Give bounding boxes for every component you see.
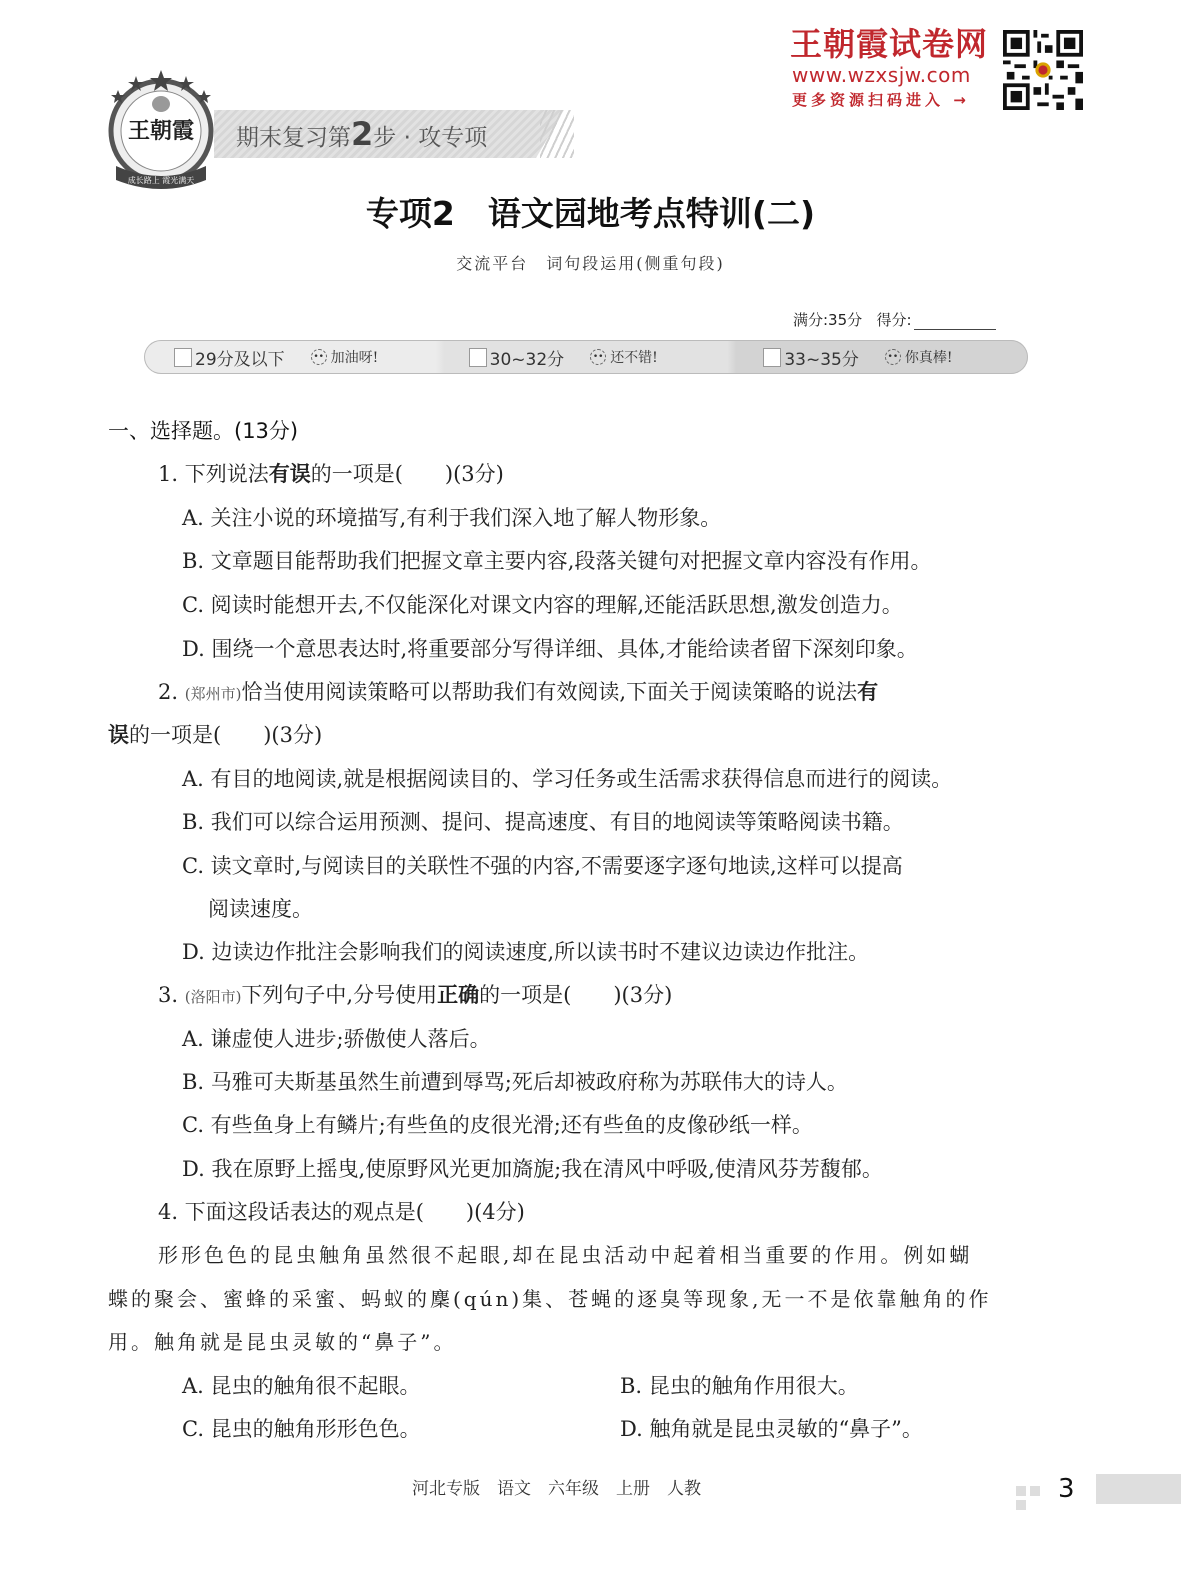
rating-low-range: 29分及以下	[195, 345, 285, 370]
score-input-line[interactable]	[914, 315, 996, 330]
edition-footer: 河北专版 语文 六年级 上册 人教	[412, 1476, 701, 1502]
brand-tagline: 更多资源扫码进入 →	[792, 90, 970, 110]
question-4-stem: 4. 下面这段话表达的观点是( )(4分)	[158, 1197, 525, 1227]
rating-mid-range: 30~32分	[490, 345, 565, 370]
svg-text:成长路上 霞光满天: 成长路上 霞光满天	[128, 175, 195, 185]
question-2-stem: 2. (郑州市)恰当使用阅读策略可以帮助我们有效阅读,下面关于阅读策略的说法有	[158, 677, 878, 709]
q3-emph: 正确	[437, 982, 479, 1007]
q1-emph: 有误	[269, 461, 311, 486]
q2-option-c: C. 读文章时,与阅读目的关联性不强的内容,不需要逐字逐句地读,这样可以提高	[182, 851, 903, 881]
q1-option-d: D. 围绕一个意思表达时,将重要部分写得详细、具体,才能给读者留下深刻印象。	[182, 634, 918, 664]
question-1-stem: 1. 下列说法有误的一项是( )(3分)	[158, 459, 504, 489]
banner-text: 期末复习第2步 · 攻专项	[236, 114, 487, 158]
q2-source: (郑州市)	[185, 685, 242, 703]
question-2-stem-cont: 误的一项是( )(3分)	[108, 720, 322, 750]
q1-option-b: B. 文章题目能帮助我们把握文章主要内容,段落关键句对把握文章内容没有作用。	[182, 546, 931, 576]
q2-num: 2.	[158, 680, 185, 704]
rating-low-cheer: 加油呀!	[331, 347, 379, 367]
q2-option-d: D. 边读边作批注会影响我们的阅读速度,所以读书时不建议边读边作批注。	[182, 937, 869, 967]
q4-passage-line-1: 形形色色的昆虫触角虽然很不起眼,却在昆虫活动中起着相当重要的作用。例如蝴	[158, 1240, 972, 1270]
q2-post: 的一项是( )(3分)	[129, 723, 322, 747]
q1-option-c: C. 阅读时能想开去,不仅能深化对课文内容的理解,还能活跃思想,激发创造力。	[182, 590, 903, 620]
page-deco	[1030, 1486, 1040, 1496]
svg-text:王朝霞: 王朝霞	[128, 118, 194, 144]
q4-passage-line-2: 蝶的聚会、蜜蜂的采蜜、蚂蚁的麇(qún)集、苍蝇的逐臭等现象,无一不是依靠触角的…	[108, 1284, 992, 1314]
brand-tagline-text: 更多资源扫码进入	[792, 91, 944, 109]
banner-prefix: 期末复习第	[236, 125, 351, 151]
q3-option-d: D. 我在原野上摇曳,使原野风光更加旖旎;我在清风中呼吸,使清风芬芳馥郁。	[182, 1154, 883, 1184]
rating-high-range: 33~35分	[784, 345, 859, 370]
q3-num: 3.	[158, 983, 185, 1007]
page-number: 3	[1058, 1472, 1075, 1506]
q3-post: 的一项是( )(3分)	[479, 983, 672, 1007]
rating-low-checkbox[interactable]	[174, 348, 192, 367]
q2-option-a: A. 有目的地阅读,就是根据阅读目的、学习任务或生活需求获得信息而进行的阅读。	[182, 764, 952, 794]
q4-option-d: D. 触角就是昆虫灵敏的“鼻子”。	[620, 1414, 923, 1444]
q2-option-c-cont: 阅读速度。	[208, 894, 313, 924]
face-icon: ••	[885, 349, 901, 365]
q4-option-b: B. 昆虫的触角作用很大。	[620, 1371, 859, 1401]
wangzhaoxia-logo: 王朝霞 成长路上 霞光满天	[106, 66, 216, 196]
page-subtitle: 交流平台 词句段运用(侧重句段)	[0, 252, 1181, 276]
q4-option-a: A. 昆虫的触角很不起眼。	[182, 1371, 421, 1401]
q3-option-a: A. 谦虚使人进步;骄傲使人落后。	[182, 1024, 491, 1054]
banner-step: 2	[351, 115, 373, 153]
got-score-label: 得分:	[876, 311, 911, 329]
q3-pre: 下列句子中,分号使用	[241, 983, 437, 1007]
rating-mid: 30~32分 •• 还不错!	[439, 345, 734, 370]
question-3-stem: 3. (洛阳市)下列句子中,分号使用正确的一项是( )(3分)	[158, 980, 672, 1012]
q2-emph1: 有	[857, 679, 878, 704]
brand-url[interactable]: www.wzxsjw.com	[792, 64, 971, 86]
q4-passage-line-3: 用。触角就是昆虫灵敏的“鼻子”。	[108, 1327, 456, 1357]
q3-source: (洛阳市)	[185, 988, 242, 1006]
rating-high-cheer: 你真棒!	[905, 347, 953, 367]
face-icon: ••	[590, 349, 606, 365]
rating-mid-checkbox[interactable]	[469, 348, 487, 367]
q1-option-a: A. 关注小说的环境描写,有利于我们深入地了解人物形象。	[182, 503, 721, 533]
arrow-right-icon: →	[953, 91, 970, 109]
qr-code-icon[interactable]	[1003, 30, 1083, 110]
rating-mid-cheer: 还不错!	[610, 347, 658, 367]
q4-option-c: C. 昆虫的触角形形色色。	[182, 1414, 421, 1444]
q3-option-b: B. 马雅可夫斯基虽然生前遭到辱骂;死后却被政府称为苏联伟大的诗人。	[182, 1067, 848, 1097]
q1-pre: 1. 下列说法	[158, 462, 269, 486]
rating-low: 29分及以下 •• 加油呀!	[144, 345, 439, 370]
q3-option-c: C. 有些鱼身上有鳞片;有些鱼的皮很光滑;还有些鱼的皮像砂纸一样。	[182, 1110, 813, 1140]
score-box: 满分:35分 得分:	[793, 309, 996, 330]
face-icon: ••	[311, 349, 327, 365]
brand-name: 王朝霞试卷网	[790, 26, 988, 62]
section-heading: 一、选择题。(13分)	[108, 416, 298, 446]
rating-high-checkbox[interactable]	[763, 348, 781, 367]
self-rating-bar: 29分及以下 •• 加油呀! 30~32分 •• 还不错! 33~35分 •• …	[144, 340, 1028, 374]
q1-post: 的一项是( )(3分)	[311, 462, 504, 486]
rating-high: 33~35分 •• 你真棒!	[733, 345, 1028, 370]
page-deco	[1016, 1500, 1026, 1510]
page-bar	[1096, 1474, 1181, 1504]
banner-suffix: 步 · 攻专项	[373, 125, 487, 151]
q2-option-b: B. 我们可以综合运用预测、提问、提高速度、有目的地阅读等策略阅读书籍。	[182, 807, 904, 837]
q2-pre: 恰当使用阅读策略可以帮助我们有效阅读,下面关于阅读策略的说法	[241, 680, 857, 704]
page-title: 专项2 语文园地考点特训(二)	[0, 192, 1181, 236]
page-deco	[1016, 1486, 1026, 1496]
banner-stripes	[540, 110, 574, 158]
q2-emph2: 误	[108, 722, 129, 747]
full-score: 满分:35分	[793, 311, 862, 329]
